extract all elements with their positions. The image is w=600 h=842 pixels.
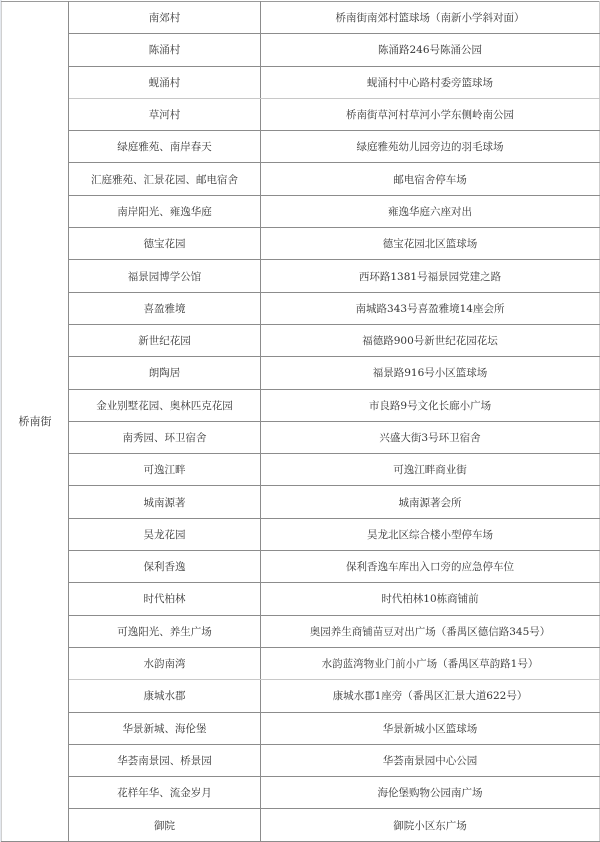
table-row: 可逸江畔 可逸江畔商业街 bbox=[2, 454, 600, 486]
site-cell: 德宝花园北区篮球场 bbox=[261, 228, 600, 260]
table-row: 新世纪花园 福德路900号新世纪花园花坛 bbox=[2, 324, 600, 356]
table-row: 华荟南景园、桥景园 华荟南景园中心公园 bbox=[2, 744, 600, 776]
community-cell: 华荟南景园、桥景园 bbox=[69, 744, 261, 776]
site-cell: 康城水郡1座旁（番禺区汇景大道622号） bbox=[261, 680, 600, 712]
site-cell: 市良路9号文化长廊小广场 bbox=[261, 389, 600, 421]
table-row: 德宝花园 德宝花园北区篮球场 bbox=[2, 228, 600, 260]
site-cell: 时代柏林10栋商铺前 bbox=[261, 583, 600, 615]
site-cell: 华荟南景园中心公园 bbox=[261, 744, 600, 776]
community-cell: 南秀园、环卫宿舍 bbox=[69, 421, 261, 453]
community-cell: 保利香逸 bbox=[69, 551, 261, 583]
site-cell: 保利香逸车库出入口旁的应急停车位 bbox=[261, 551, 600, 583]
table-row: 汇庭雅苑、汇景花园、邮电宿舍 邮电宿舍停车场 bbox=[2, 163, 600, 195]
community-cell: 华景新城、海伦堡 bbox=[69, 712, 261, 744]
street-name-cell: 桥南街 bbox=[2, 2, 69, 842]
community-cell: 御院 bbox=[69, 809, 261, 841]
community-cell: 福景园博学公馆 bbox=[69, 260, 261, 292]
table-row: 花样年华、流金岁月 海伦堡购物公园南广场 bbox=[2, 777, 600, 809]
community-cell: 草河村 bbox=[69, 98, 261, 130]
site-cell: 南城路343号喜盈雅境14座会所 bbox=[261, 292, 600, 324]
community-cell: 蚬涌村 bbox=[69, 66, 261, 98]
community-cell: 新世纪花园 bbox=[69, 324, 261, 356]
community-cell: 花样年华、流金岁月 bbox=[69, 777, 261, 809]
community-cell: 绿庭雅苑、南岸春天 bbox=[69, 131, 261, 163]
table-row: 草河村 桥南街草河村草河小学东侧岭南公园 bbox=[2, 98, 600, 130]
community-cell: 朗陶居 bbox=[69, 357, 261, 389]
table-row: 城南源著 城南源著会所 bbox=[2, 486, 600, 518]
table-row: 保利香逸 保利香逸车库出入口旁的应急停车位 bbox=[2, 551, 600, 583]
table-row: 御院 御院小区东广场 bbox=[2, 809, 600, 841]
site-cell: 华景新城小区篮球场 bbox=[261, 712, 600, 744]
table-row: 陈涌村 陈涌路246号陈涌公园 bbox=[2, 34, 600, 66]
table-row: 康城水郡 康城水郡1座旁（番禺区汇景大道622号） bbox=[2, 680, 600, 712]
site-cell: 水韵蓝湾物业门前小广场（番禺区草韵路1号） bbox=[261, 647, 600, 679]
community-cell: 金业别墅花园、奥林匹克花园 bbox=[69, 389, 261, 421]
site-cell: 桥南街南郊村篮球场（南新小学斜对面） bbox=[261, 2, 600, 34]
community-cell: 汇庭雅苑、汇景花园、邮电宿舍 bbox=[69, 163, 261, 195]
site-cell: 西环路1381号福景园党建之路 bbox=[261, 260, 600, 292]
site-cell: 桥南街草河村草河小学东侧岭南公园 bbox=[261, 98, 600, 130]
site-cell: 兴盛大街3号环卫宿舍 bbox=[261, 421, 600, 453]
table-row: 昊龙花园 昊龙北区综合楼小型停车场 bbox=[2, 518, 600, 550]
community-cell: 时代柏林 bbox=[69, 583, 261, 615]
table-row: 可逸阳光、养生广场 奥园养生商铺苗豆对出广场（番禺区德信路345号） bbox=[2, 615, 600, 647]
table-row: 金业别墅花园、奥林匹克花园 市良路9号文化长廊小广场 bbox=[2, 389, 600, 421]
table-row: 蚬涌村 蚬涌村中心路村委旁篮球场 bbox=[2, 66, 600, 98]
table-row: 绿庭雅苑、南岸春天 绿庭雅苑幼儿园旁边的羽毛球场 bbox=[2, 131, 600, 163]
site-cell: 城南源著会所 bbox=[261, 486, 600, 518]
community-cell: 康城水郡 bbox=[69, 680, 261, 712]
site-cell: 昊龙北区综合楼小型停车场 bbox=[261, 518, 600, 550]
table-row: 南岸阳光、雍逸华庭 雍逸华庭六座对出 bbox=[2, 195, 600, 227]
community-cell: 可逸阳光、养生广场 bbox=[69, 615, 261, 647]
table-row: 华景新城、海伦堡 华景新城小区篮球场 bbox=[2, 712, 600, 744]
table-row: 南秀园、环卫宿舍 兴盛大街3号环卫宿舍 bbox=[2, 421, 600, 453]
site-cell: 蚬涌村中心路村委旁篮球场 bbox=[261, 66, 600, 98]
community-cell: 南岸阳光、雍逸华庭 bbox=[69, 195, 261, 227]
table-row: 福景园博学公馆 西环路1381号福景园党建之路 bbox=[2, 260, 600, 292]
site-cell: 奥园养生商铺苗豆对出广场（番禺区德信路345号） bbox=[261, 615, 600, 647]
community-site-table: 桥南街 南郊村 桥南街南郊村篮球场（南新小学斜对面） 陈涌村 陈涌路246号陈涌… bbox=[1, 1, 600, 842]
community-cell: 可逸江畔 bbox=[69, 454, 261, 486]
site-cell: 邮电宿舍停车场 bbox=[261, 163, 600, 195]
site-cell: 绿庭雅苑幼儿园旁边的羽毛球场 bbox=[261, 131, 600, 163]
table-row: 桥南街 南郊村 桥南街南郊村篮球场（南新小学斜对面） bbox=[2, 2, 600, 34]
site-cell: 陈涌路246号陈涌公园 bbox=[261, 34, 600, 66]
table-row: 水韵南湾 水韵蓝湾物业门前小广场（番禺区草韵路1号） bbox=[2, 647, 600, 679]
community-cell: 昊龙花园 bbox=[69, 518, 261, 550]
community-cell: 德宝花园 bbox=[69, 228, 261, 260]
site-cell: 福德路900号新世纪花园花坛 bbox=[261, 324, 600, 356]
site-cell: 可逸江畔商业街 bbox=[261, 454, 600, 486]
community-cell: 水韵南湾 bbox=[69, 647, 261, 679]
site-cell: 福景路916号小区篮球场 bbox=[261, 357, 600, 389]
site-cell: 雍逸华庭六座对出 bbox=[261, 195, 600, 227]
community-cell: 城南源著 bbox=[69, 486, 261, 518]
table-row: 喜盈雅境 南城路343号喜盈雅境14座会所 bbox=[2, 292, 600, 324]
table-row: 朗陶居 福景路916号小区篮球场 bbox=[2, 357, 600, 389]
site-cell: 御院小区东广场 bbox=[261, 809, 600, 841]
community-cell: 喜盈雅境 bbox=[69, 292, 261, 324]
table-row: 时代柏林 时代柏林10栋商铺前 bbox=[2, 583, 600, 615]
community-cell: 南郊村 bbox=[69, 2, 261, 34]
table-body: 桥南街 南郊村 桥南街南郊村篮球场（南新小学斜对面） 陈涌村 陈涌路246号陈涌… bbox=[2, 2, 600, 842]
community-cell: 陈涌村 bbox=[69, 34, 261, 66]
site-cell: 海伦堡购物公园南广场 bbox=[261, 777, 600, 809]
